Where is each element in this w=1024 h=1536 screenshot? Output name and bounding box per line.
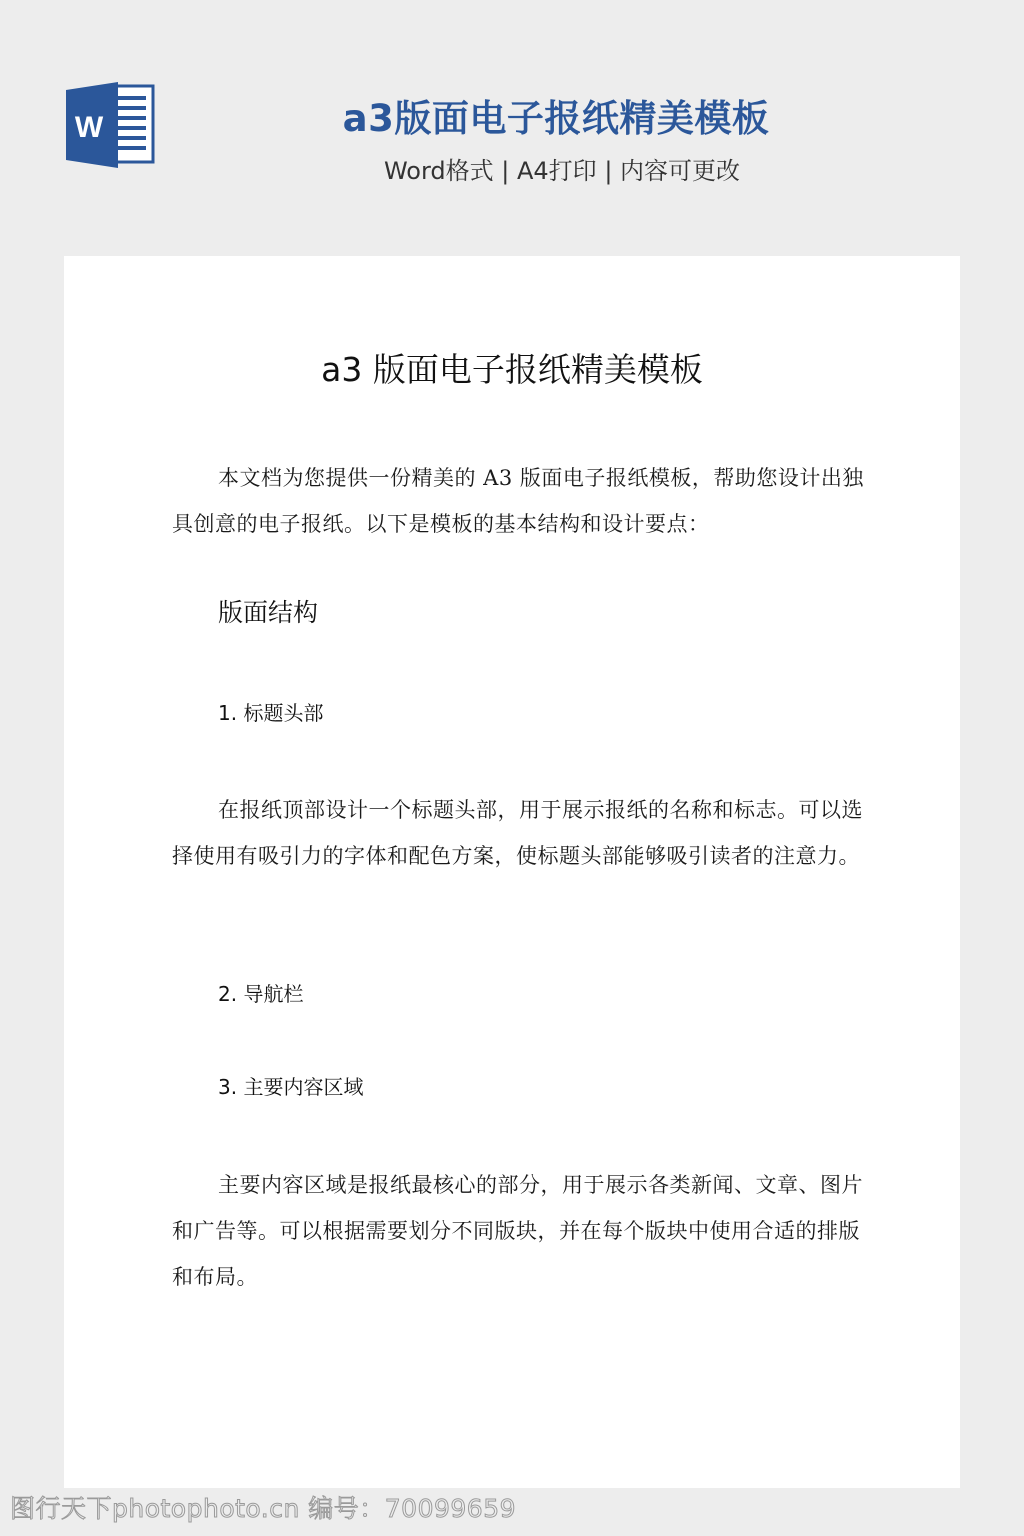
header-title: a3版面电子报纸精美模板 <box>0 94 1024 144</box>
header-subtitle: Word格式 | A4打印 | 内容可更改 <box>0 154 1024 188</box>
item-body-3: 主要内容区域是报纸最核心的部分，用于展示各类新闻、文章、图片和广告等。可以根据需… <box>172 1162 872 1300</box>
item-heading-3: 3. 主要内容区域 <box>218 1072 363 1102</box>
intro-paragraph: 本文档为您提供一份精美的 A3 版面电子报纸模板，帮助您设计出独具创意的电子报纸… <box>172 455 872 547</box>
watermark: 图行天下photophoto.cn 编号：70099659 <box>10 1490 516 1528</box>
item-body-1: 在报纸顶部设计一个标题头部，用于展示报纸的名称和标志。可以选择使用有吸引力的字体… <box>172 787 872 879</box>
header-banner: W a3版面电子报纸精美模板 Word格式 | A4打印 | 内容可更改 <box>0 0 1024 256</box>
item-heading-2: 2. 导航栏 <box>218 979 303 1009</box>
section-heading: 版面结构 <box>218 598 318 628</box>
item-heading-1: 1. 标题头部 <box>218 698 323 728</box>
document-title: a3 版面电子报纸精美模板 <box>64 345 960 395</box>
